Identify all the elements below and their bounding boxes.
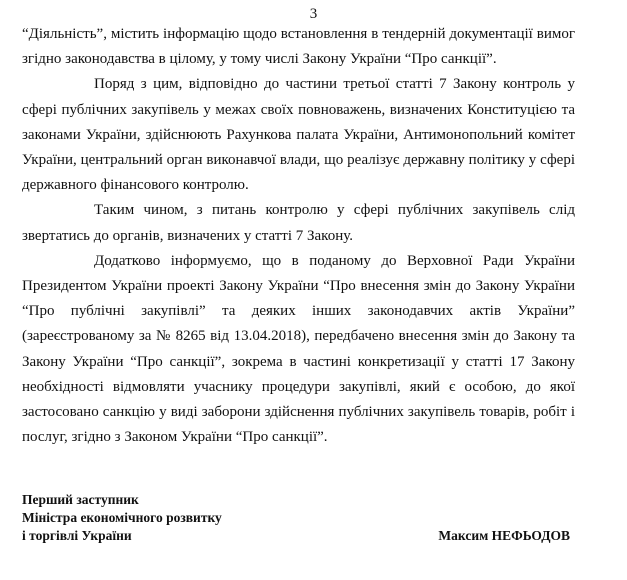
paragraph-control-bodies: Поряд з цим, відповідно до частини треть… (22, 72, 575, 198)
signatory-title-line-1: Перший заступник (22, 491, 575, 509)
signatory-title-line-2: Міністра економічного розвитку (22, 509, 575, 527)
signatory-name: Максим НЕФЬОДОВ (438, 527, 570, 545)
paragraph-continuation: “Діяльність”, містить інформацію щодо вс… (22, 22, 575, 72)
paragraph-conclusion: Таким чином, з питань контролю у сфері п… (22, 198, 575, 248)
signature-block: Перший заступник Міністра економічного р… (22, 491, 575, 545)
page-number: 3 (0, 5, 627, 23)
letter-body: “Діяльність”, містить інформацію щодо вс… (22, 22, 575, 450)
paragraph-additional-info: Додатково інформуємо, що в поданому до В… (22, 249, 575, 451)
